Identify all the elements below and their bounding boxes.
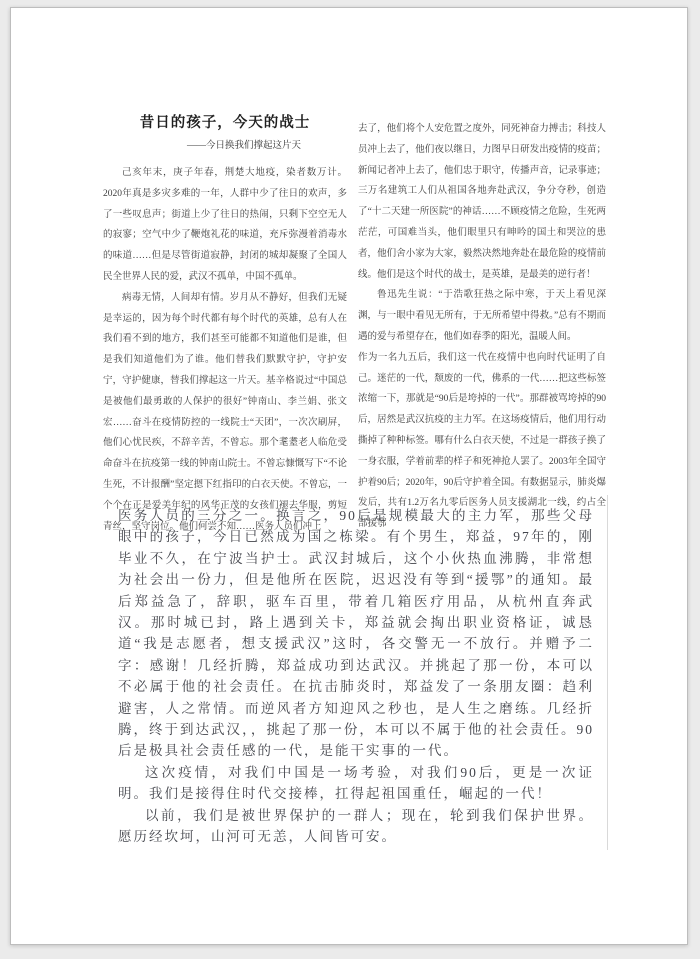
bottom-block-paragraph-2: 这次疫情，对我们中国是一场考验，对我们90后，更是一次证明。我们是接得住时代交接…: [118, 762, 594, 805]
article-bottom-block: 医务人员的三分之一。换言之，90后是规模最大的主力军，那些父母眼中的孩子，今日已…: [118, 495, 608, 850]
right-column-paragraph-2: 鲁迅先生说：“于浩歌狂热之际中寒，于天上看见深渊，与一眼中看见无所有，于无所希望…: [358, 285, 606, 347]
document-page: 昔日的孩子，今天的战士 ——今日换我们撑起这片天 己亥年末，庚子年春，荆楚大地疫…: [10, 7, 688, 945]
right-column-paragraph-1: 去了，他们将个人安危置之度外，同死神奋力搏击；科技人员冲上去了，他们夜以继日，力…: [358, 119, 606, 285]
bottom-block-paragraph-3: 以前，我们是被世界保护的一群人；现在，轮到我们保护世界。愿历经坎坷，山河可无恙，…: [118, 805, 594, 848]
bottom-block-paragraph-1: 医务人员的三分之一。换言之，90后是规模最大的主力军，那些父母眼中的孩子，今日已…: [118, 505, 594, 762]
article-right-column: 去了，他们将个人安危置之度外，同死神奋力搏击；科技人员冲上去了，他们夜以继日，力…: [358, 119, 606, 535]
article-subtitle: ——今日换我们撑起这片天: [103, 139, 347, 154]
article-title: 昔日的孩子，今天的战士: [103, 112, 347, 134]
left-column-paragraph-1: 己亥年末，庚子年春，荆楚大地疫，染者数万计。2020年真是多灾多难的一年，人群中…: [103, 163, 347, 288]
article-left-column: 昔日的孩子，今天的战士 ——今日换我们撑起这片天 己亥年末，庚子年春，荆楚大地疫…: [103, 112, 347, 537]
